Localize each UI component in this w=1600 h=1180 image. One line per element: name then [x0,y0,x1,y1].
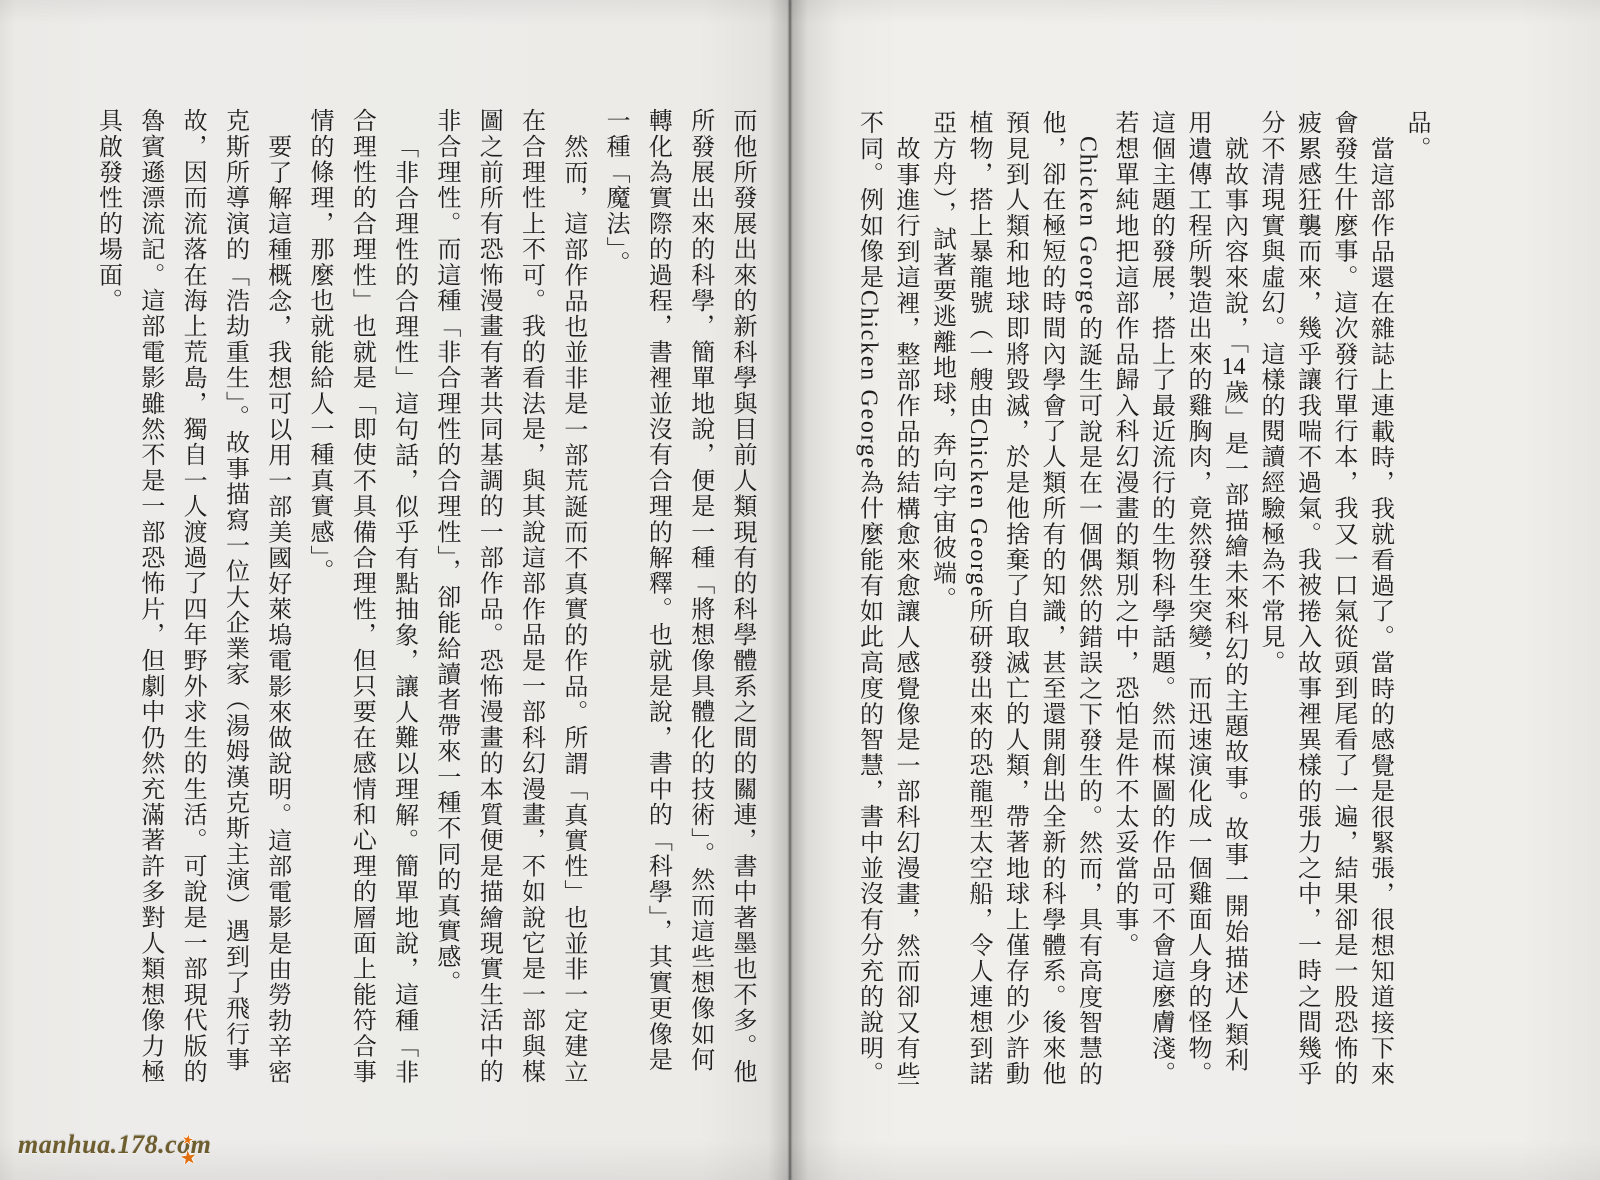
paragraph: 然而，這部作品也並非是一部荒誕而不真實的作品。所謂「真實性」也並非一定建立在合理… [425,108,594,1090]
paragraph: 品。 [1398,110,1435,1092]
watermark: manhua.178.com ★ ★ [18,1130,228,1178]
paragraph: 故事進行到這裡，整部作品的結構愈來愈讓人感覺像是一部科幻漫畫，然而卻又有些不同。… [850,110,923,1092]
paragraph: 當這部作品還在雜誌上連載時，我就看過了。當時的感覺是很緊張，很想知道接下來會發生… [1252,110,1398,1092]
page-right-text: 品。當這部作品還在雜誌上連載時，我就看過了。當時的感覺是很緊張，很想知道接下來會… [850,110,1434,1092]
paragraph: 要了解這種概念，我想可以用一部美國好萊塢電影來做說明。這部電影是由勞勃辛密克斯所… [86,108,297,1090]
paragraph: 而他所發展出來的新科學與目前人類現有的科學體系之間的關連，書中著墨也不多。他所發… [594,108,763,1090]
paragraph: 「非合理性的合理性」這句話，似乎有點抽象，讓人難以理解。簡單地說，這種「非合理性… [298,108,425,1090]
paragraph: 就故事內容來說，「14歲」是一部描繪未來科幻的主題故事。故事一開始描述人類利用遺… [1106,110,1252,1092]
paragraph: Chicken George的誕生可說是在一個偶然的錯誤之下發生的。然而，具有高… [923,110,1106,1092]
star-icon: ★ [178,1146,198,1171]
page-gutter [789,0,791,1180]
page-left-text: 而他所發展出來的新科學與目前人類現有的科學體系之間的關連，書中著墨也不多。他所發… [86,108,763,1090]
book-scan: 品。當這部作品還在雜誌上連載時，我就看過了。當時的感覺是很緊張，很想知道接下來會… [0,0,1600,1180]
